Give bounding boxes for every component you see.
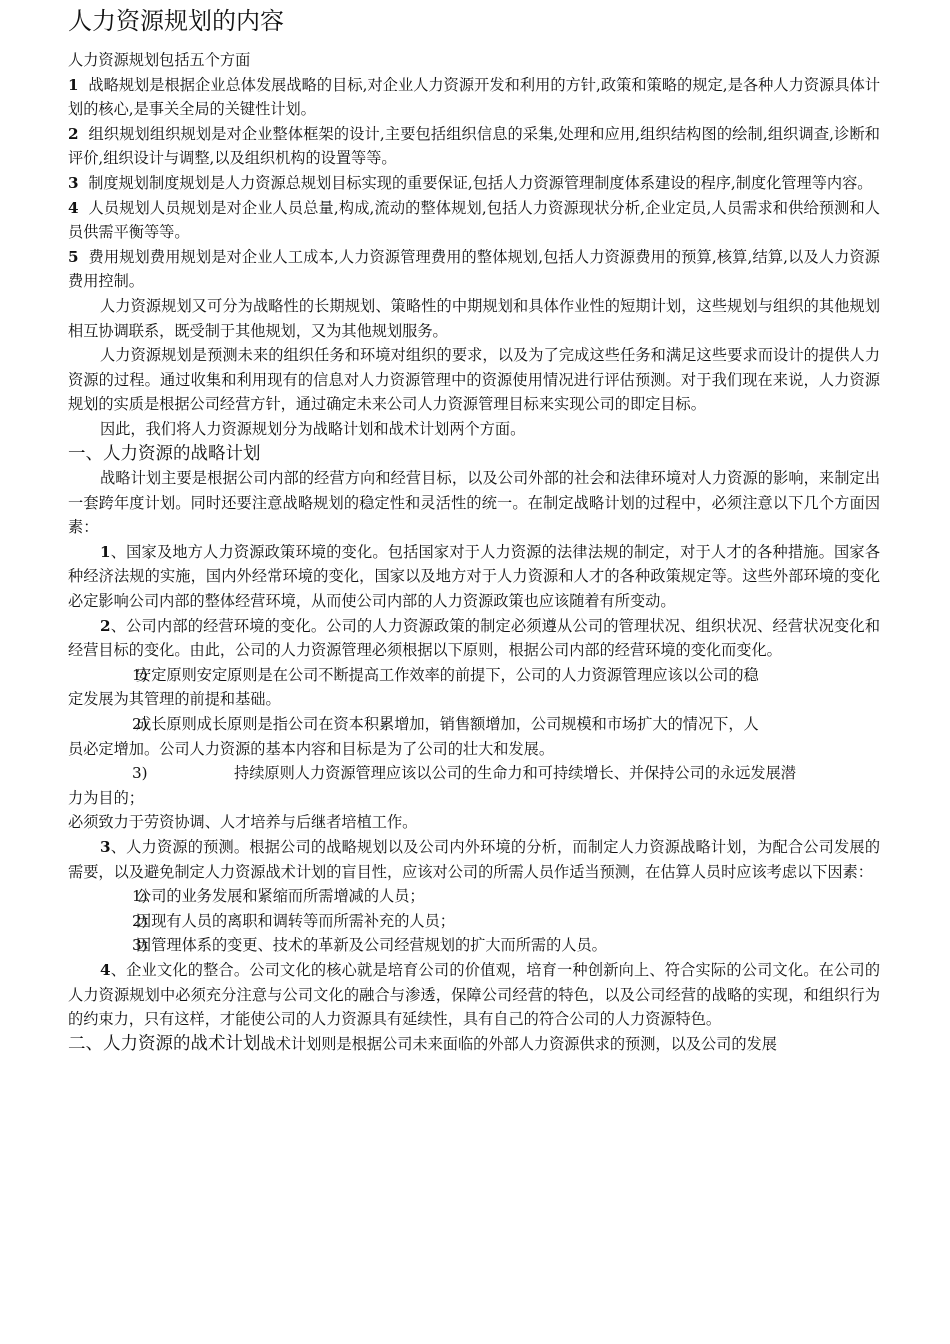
principle-continuation: 定发展为其管理的前提和基础。 <box>68 687 880 712</box>
aspect-5: 5 费用规划费用规划是对企业人工成本,人力资源管理费用的整体规划,包括人力资源费… <box>68 245 880 294</box>
aspect-text: 制度规划制度规划是人力资源总规划目标实现的重要保证,包括人力资源管理制度体系建设… <box>88 174 872 192</box>
forecast-item-1: 1)公司的业务发展和紧缩而所需增减的人员； <box>68 884 880 909</box>
principle-number: 3) <box>100 761 234 786</box>
aspect-number: 4 <box>68 199 79 217</box>
aspect-number: 1 <box>68 76 79 94</box>
section2-heading-line: 二、人力资源的战术计划战术计划则是根据公司未来面临的外部人力资源供求的预测，以及… <box>68 1032 880 1057</box>
forecast-text: 公司的业务发展和紧缩而所需增减的人员； <box>136 887 425 905</box>
aspect-1: 1 战略规划是根据企业总体发展战略的目标,对企业人力资源开发和利用的方针,政策和… <box>68 73 880 122</box>
principle-2: 2)成长原则成长原则是指公司在资本积累增加，销售额增加，公司规模和市场扩大的情况… <box>68 712 880 761</box>
factor-4: 4、企业文化的整合。公司文化的核心就是培育公司的价值观，培育一种创新向上、符合实… <box>68 958 880 1032</box>
section1-intro: 战略计划主要是根据公司内部的经营方向和经营目标，以及公司外部的社会和法律环境对人… <box>68 466 880 540</box>
section1-heading: 一、人力资源的战略计划 <box>68 442 880 467</box>
paragraph-planning-definition: 人力资源规划是预测未来的组织任务和环境对组织的要求，以及为了完成这些任务和满足这… <box>68 343 880 417</box>
factor-text: 、公司内部的经营环境的变化。公司的人力资源政策的制定必须遵从公司的管理状况、组织… <box>68 617 880 660</box>
section2-text: 战术计划则是根据公司未来面临的外部人力资源供求的预测，以及公司的发展 <box>261 1035 777 1053</box>
forecast-number: 2) <box>100 909 136 934</box>
principle-3: 3)持续原则人力资源管理应该以公司的生命力和可持续增长、并保持公司的永远发展潜 … <box>68 761 880 810</box>
factor-text: 、国家及地方人力资源政策环境的变化。包括国家对于人力资源的法律法规的制定，对于人… <box>68 543 880 610</box>
factor-1: 1、国家及地方人力资源政策环境的变化。包括国家对于人力资源的法律法规的制定，对于… <box>68 540 880 614</box>
principle-continuation: 员必定增加。公司人力资源的基本内容和目标是为了公司的壮大和发展。 <box>68 737 880 762</box>
factor-text: 、企业文化的整合。公司文化的核心就是培育公司的价值观，培育一种创新向上、符合实际… <box>68 961 880 1028</box>
factor-2: 2、公司内部的经营环境的变化。公司的人力资源政策的制定必须遵从公司的管理状况、组… <box>68 614 880 663</box>
factor-number: 3 <box>100 838 111 856</box>
principles-tail: 必须致力于劳资协调、人才培养与后继者培植工作。 <box>68 810 880 835</box>
document-page: 人力资源规划的内容 人力资源规划包括五个方面 1 战略规划是根据企业总体发展战略… <box>68 0 880 1056</box>
principle-text: 持续原则人力资源管理应该以公司的生命力和可持续增长、并保持公司的永远发展潜 <box>234 764 796 782</box>
principle-line: 3)持续原则人力资源管理应该以公司的生命力和可持续增长、并保持公司的永远发展潜 <box>68 761 880 786</box>
principle-number: 2) <box>100 712 136 737</box>
principle-line: 2)成长原则成长原则是指公司在资本积累增加，销售额增加，公司规模和市场扩大的情况… <box>68 712 880 737</box>
principle-line: 1)安定原则安定原则是在公司不断提高工作效率的前提下，公司的人力资源管理应该以公… <box>68 663 880 688</box>
paragraph-planning-split: 因此，我们将人力资源规划分为战略计划和战术计划两个方面。 <box>68 417 880 442</box>
document-title: 人力资源规划的内容 <box>68 6 880 36</box>
principle-text: 安定原则安定原则是在公司不断提高工作效率的前提下，公司的人力资源管理应该以公司的… <box>136 666 759 684</box>
aspect-3: 3 制度规划制度规划是人力资源总规划目标实现的重要保证,包括人力资源管理制度体系… <box>68 171 880 196</box>
factor-number: 1 <box>100 543 111 561</box>
forecast-item-2: 2)因现有人员的离职和调转等而所需补充的人员； <box>68 909 880 934</box>
factor-number: 4 <box>100 961 111 979</box>
aspect-number: 5 <box>68 248 79 266</box>
principle-1: 1)安定原则安定原则是在公司不断提高工作效率的前提下，公司的人力资源管理应该以公… <box>68 663 880 712</box>
factor-number: 2 <box>100 617 111 635</box>
aspect-number: 2 <box>68 125 79 143</box>
aspect-text: 战略规划是根据企业总体发展战略的目标,对企业人力资源开发和利用的方针,政策和策略… <box>68 76 880 119</box>
forecast-text: 因管理体系的变更、技术的革新及公司经营规划的扩大而所需的人员。 <box>136 936 607 954</box>
principle-text: 成长原则成长原则是指公司在资本积累增加，销售额增加，公司规模和市场扩大的情况下，… <box>136 715 759 733</box>
forecast-item-3: 3)因管理体系的变更、技术的革新及公司经营规划的扩大而所需的人员。 <box>68 933 880 958</box>
aspect-number: 3 <box>68 174 79 192</box>
forecast-text: 因现有人员的离职和调转等而所需补充的人员； <box>136 912 455 930</box>
aspect-text: 费用规划费用规划是对企业人工成本,人力资源管理费用的整体规划,包括人力资源费用的… <box>68 248 880 291</box>
intro-line: 人力资源规划包括五个方面 <box>68 48 880 73</box>
factor-text: 、人力资源的预测。根据公司的战略规划以及公司内外环境的分析，而制定人力资源战略计… <box>68 838 880 881</box>
aspect-text: 组织规划组织规划是对企业整体框架的设计,主要包括组织信息的采集,处理和应用,组织… <box>68 125 880 168</box>
aspect-2: 2 组织规划组织规划是对企业整体框架的设计,主要包括组织信息的采集,处理和应用,… <box>68 122 880 171</box>
aspect-text: 人员规划人员规划是对企业人员总量,构成,流动的整体规划,包括人力资源现状分析,企… <box>68 199 880 242</box>
forecast-number: 1) <box>100 884 136 909</box>
forecast-number: 3) <box>100 933 136 958</box>
factor-3: 3、人力资源的预测。根据公司的战略规划以及公司内外环境的分析，而制定人力资源战略… <box>68 835 880 884</box>
paragraph-planning-types: 人力资源规划又可分为战略性的长期规划、策略性的中期规划和具体作业性的短期计划，这… <box>68 294 880 343</box>
principle-continuation: 力为目的； <box>68 786 880 811</box>
principle-number: 1) <box>100 663 136 688</box>
section2-heading: 二、人力资源的战术计划 <box>68 1034 261 1054</box>
aspect-4: 4 人员规划人员规划是对企业人员总量,构成,流动的整体规划,包括人力资源现状分析… <box>68 196 880 245</box>
